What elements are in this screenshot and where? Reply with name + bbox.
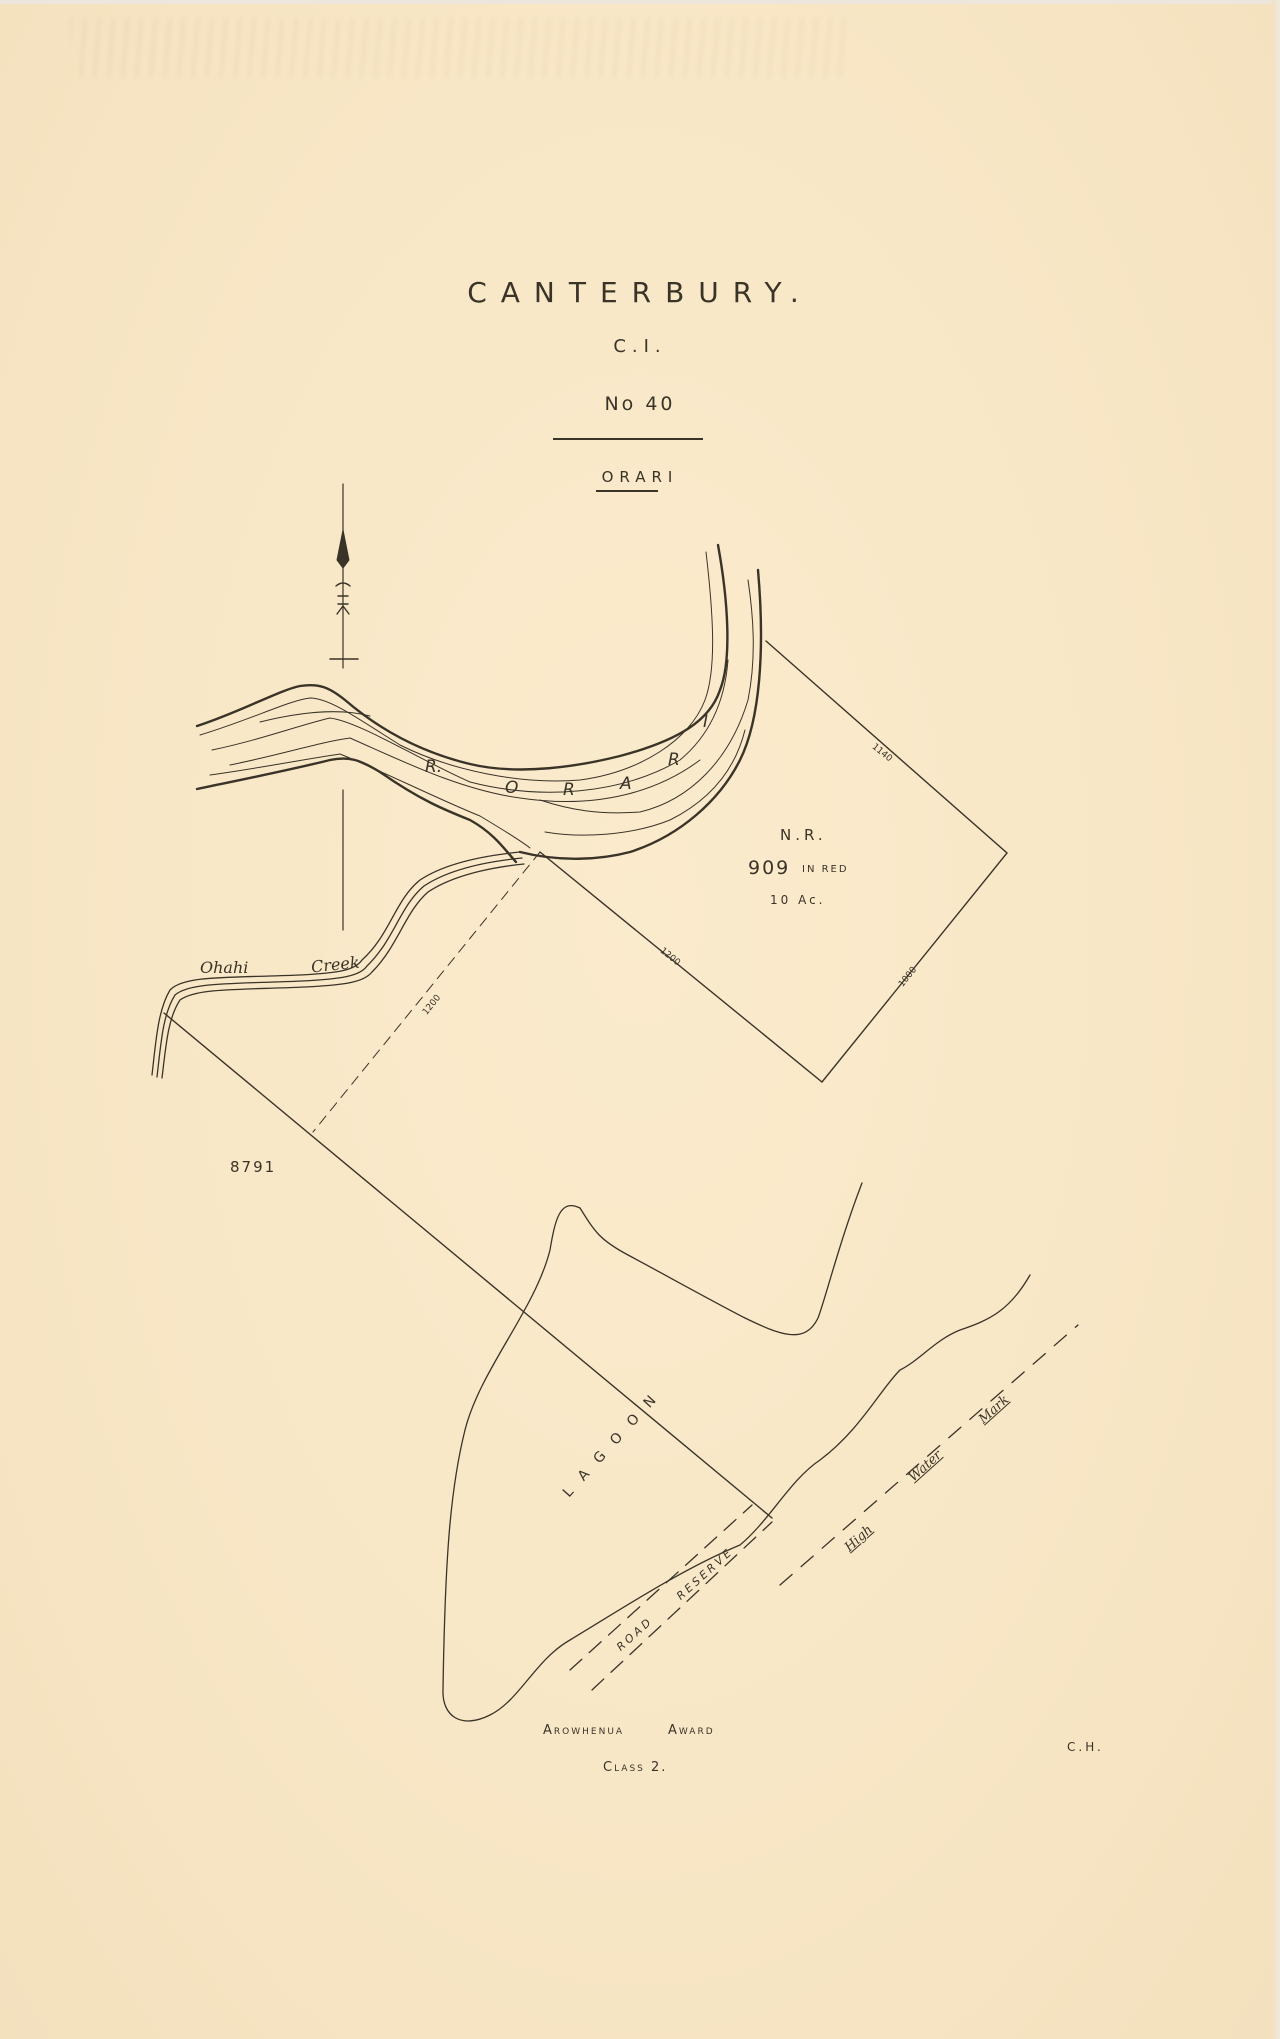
- river-orari: [197, 545, 761, 862]
- section-boundary-line: [164, 1013, 772, 1518]
- section-number: 8791: [230, 1158, 276, 1176]
- river-label-o: O: [505, 778, 518, 798]
- reserve-number: 909: [748, 857, 790, 879]
- lagoon-outline: [443, 1183, 1030, 1721]
- map-drawing: [0, 0, 1280, 2039]
- river-inner-lines: [200, 552, 753, 848]
- river-label-r3: R: [668, 750, 680, 770]
- reserve-code: N.R.: [780, 826, 827, 844]
- reserve-area: 10 Ac.: [770, 893, 826, 907]
- road-reserve-lines: [570, 1505, 772, 1690]
- river-label-a: A: [620, 774, 632, 794]
- river-label-i: I: [703, 712, 708, 732]
- reserve-note: IN RED: [802, 864, 849, 875]
- award-name: Arowhenua: [543, 1723, 624, 1738]
- award-label: Award: [668, 1723, 715, 1738]
- river-label-r2: R: [563, 780, 575, 800]
- initials: C.H.: [1067, 1740, 1104, 1754]
- creek-label-ohahi: Ohahi: [200, 958, 248, 977]
- river-label-r: R.: [425, 757, 442, 777]
- class-label: Class 2.: [603, 1760, 667, 1775]
